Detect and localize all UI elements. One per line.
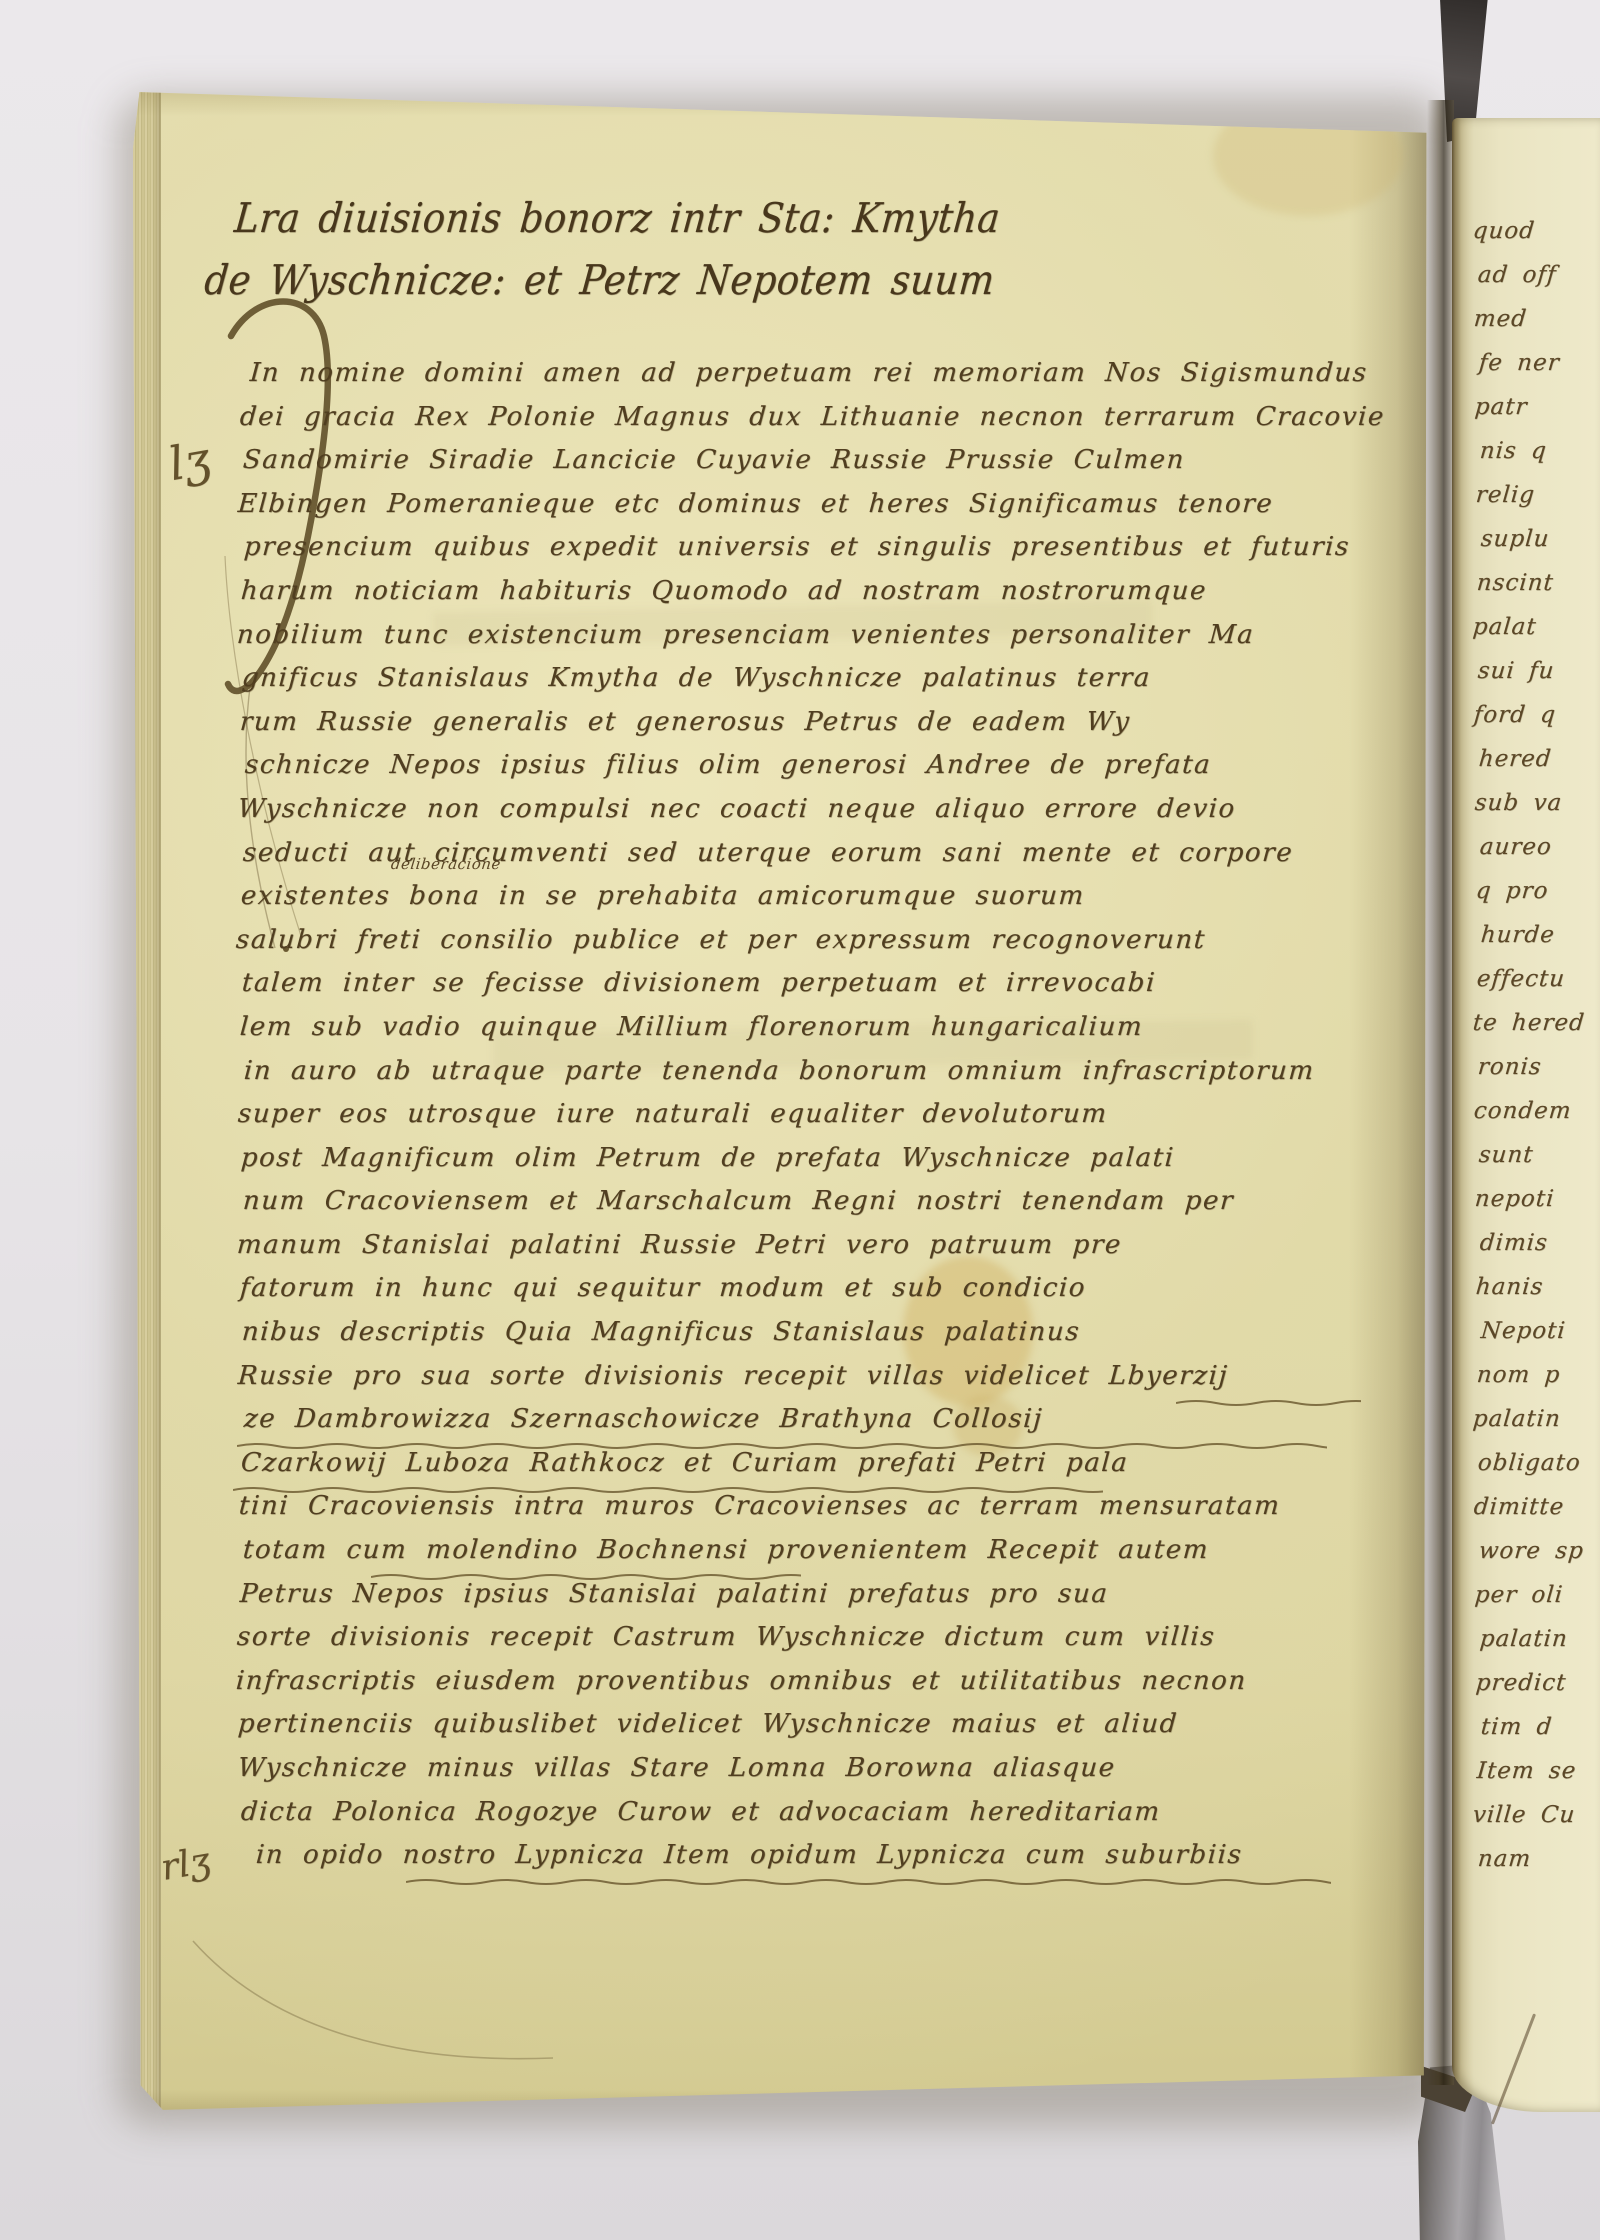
manuscript-line: salubri freti consilio publice et per ex… (234, 925, 1377, 969)
facing-page-fragment: predict (1473, 1670, 1600, 1714)
manuscript-line: in auro ab utraque parte tenenda bonorum… (242, 1056, 1385, 1100)
manuscript-line: fatorum in hunc qui sequitur modum et su… (238, 1273, 1381, 1317)
facing-page-fragment: q pro (1473, 878, 1600, 922)
facing-page-fragment: palatin (1470, 1406, 1600, 1450)
heading-line-2: de Wyschnicze: et Petrz Nepotem suum (202, 256, 1224, 304)
manuscript-line: infrascriptis eiusdem proventibus omnibu… (234, 1666, 1377, 1710)
facing-page-fragment: Item se (1474, 1758, 1600, 1802)
facing-page-fragment: per oli (1472, 1582, 1600, 1626)
manuscript-line: gnificus Stanislaus Kmytha de Wyschnicze… (240, 663, 1383, 707)
facing-page-fragment: effectu (1474, 966, 1600, 1010)
gutter-shadow (1427, 100, 1454, 2085)
manuscript-line: manum Stanislai palatini Russie Petri ve… (235, 1230, 1378, 1274)
manuscript-line: dicta Polonica Rogozye Curow et advocaci… (239, 1797, 1382, 1841)
manuscript-line: Wyschnicze non compulsi nec coacti neque… (236, 794, 1379, 838)
manuscript-line: nibus descriptis Quia Magnificus Stanisl… (240, 1317, 1383, 1361)
facing-page-fragment: palatin (1477, 1626, 1600, 1670)
facing-page-fragment: dimis (1477, 1230, 1600, 1274)
manuscript-line: Czarkowij Luboza Rathkocz et Curiam pref… (239, 1448, 1382, 1492)
manuscript-line: rum Russie generalis et generosus Petrus… (238, 707, 1381, 751)
manuscript-line: super eos utrosque iure naturali equalit… (236, 1099, 1379, 1143)
manuscript-line: num Cracoviensem et Marschalcum Regni no… (241, 1186, 1384, 1230)
facing-page-fragment: Nepoti (1478, 1318, 1600, 1362)
facing-page-fragment: nscint (1474, 570, 1600, 614)
facing-page-text-column: quodad offmedfe nerpatrnis qreligsupluns… (1474, 218, 1600, 1890)
facing-page-fragment: med (1471, 306, 1600, 350)
manuscript-line: seducti aut circumventi sed uterque eoru… (241, 838, 1384, 882)
manuscript-line: presencium quibus expedit universis et s… (242, 532, 1385, 576)
heading: Lra diuisionis bonorz intr Sta: Kmytha d… (237, 194, 1337, 304)
body-text: deliberacione In nomine domini amen ad p… (241, 358, 1381, 1884)
facing-page-fragment: sunt (1476, 1142, 1600, 1186)
manuscript-line: schnicze Nepos ipsius filius olim genero… (243, 750, 1386, 794)
facing-page-fragment: quod (1470, 218, 1600, 262)
manuscript-line: nobilium tunc existencium presenciam ven… (235, 620, 1378, 664)
manuscript-line: Sandomirie Siradie Lancicie Cuyavie Russ… (241, 445, 1384, 489)
margin-mark-lower: rlʒ (158, 1840, 213, 1889)
facing-page-fragment: palat (1470, 614, 1600, 658)
manuscript-line: talem inter se fecisse divisionem perpet… (240, 968, 1383, 1012)
facing-page-fragment: dimitte (1471, 1494, 1600, 1538)
facing-page-fragment: sub va (1472, 790, 1600, 834)
facing-page-fragment: sui fu (1475, 658, 1600, 702)
margin-mark-upper: lʒ (165, 431, 214, 491)
facing-page-fragment: tim d (1478, 1714, 1600, 1758)
facing-page-fragment: patr (1472, 394, 1600, 438)
manuscript-line: sorte divisionis recepit Castrum Wyschni… (235, 1622, 1378, 1666)
manuscript-line: harum noticiam habituris Quomodo ad nost… (239, 576, 1382, 620)
facing-page-fragment: hanis (1473, 1274, 1600, 1318)
facing-page-fragment: obligato (1475, 1450, 1600, 1494)
facing-page-fragment: ronis (1475, 1054, 1600, 1098)
photograph-of-open-manuscript: quodad offmedfe nerpatrnis qreligsupluns… (0, 0, 1600, 2240)
facing-page-fragment: nis q (1477, 438, 1600, 482)
manuscript-line: in opido nostro Lypnicza Item opidum Lyp… (254, 1840, 1397, 1884)
manuscript-line: tini Cracoviensis intra muros Cracoviens… (237, 1491, 1380, 1535)
facing-page-fragment: ad off (1475, 262, 1600, 306)
facing-page-fragment: suplu (1478, 526, 1600, 570)
facing-page-fragment: nom p (1474, 1362, 1600, 1406)
facing-page-fragment: ford q (1471, 702, 1600, 746)
manuscript-line: existentes bona in se prehabita amicorum… (239, 881, 1382, 925)
manuscript-line: Elbingen Pomeranieque etc dominus et her… (236, 489, 1379, 533)
manuscript-line: Wyschnicze minus villas Stare Lomna Boro… (236, 1753, 1379, 1797)
left-page: Lra diuisionis bonorz intr Sta: Kmytha d… (133, 86, 1429, 2116)
manuscript-line: Russie pro sua sorte divisionis recepit … (236, 1361, 1379, 1405)
manuscript-line: In nomine domini amen ad perpetuam rei m… (248, 358, 1391, 402)
manuscript-line: pertinenciis quibuslibet videlicet Wysch… (236, 1709, 1379, 1753)
facing-page-fragment: nepoti (1472, 1186, 1600, 1230)
manuscript-line: ze Dambrowizza Szernaschowicze Brathyna … (242, 1404, 1385, 1448)
facing-page-fragment: nam (1475, 1846, 1600, 1890)
facing-page-fragment: condem (1471, 1098, 1600, 1142)
facing-page-fragment: relig (1473, 482, 1600, 526)
manuscript-line: totam cum molendino Bochnensi provenient… (241, 1535, 1384, 1579)
facing-page-fragment: ville Cu (1470, 1802, 1600, 1846)
facing-page-fragment: wore sp (1476, 1538, 1600, 1582)
facing-page-fragment: hered (1476, 746, 1600, 790)
facing-page-fragment: fe ner (1476, 350, 1600, 394)
manuscript-line: Petrus Nepos ipsius Stanislai palatini p… (238, 1579, 1381, 1623)
facing-page-fragment: te hered (1470, 1010, 1600, 1054)
pencil-arc (193, 1941, 553, 2059)
facing-page-fragment: hurde (1478, 922, 1600, 966)
heading-line-1: Lra diuisionis bonorz intr Sta: Kmytha (232, 194, 1227, 242)
facing-page-fragment: aureo (1477, 834, 1600, 878)
manuscript-line: post Magnificum olim Petrum de prefata W… (239, 1143, 1382, 1187)
manuscript-line: dei gracia Rex Polonie Magnus dux Lithua… (238, 402, 1381, 446)
manuscript-line: lem sub vadio quinque Millium florenorum… (238, 1012, 1381, 1056)
